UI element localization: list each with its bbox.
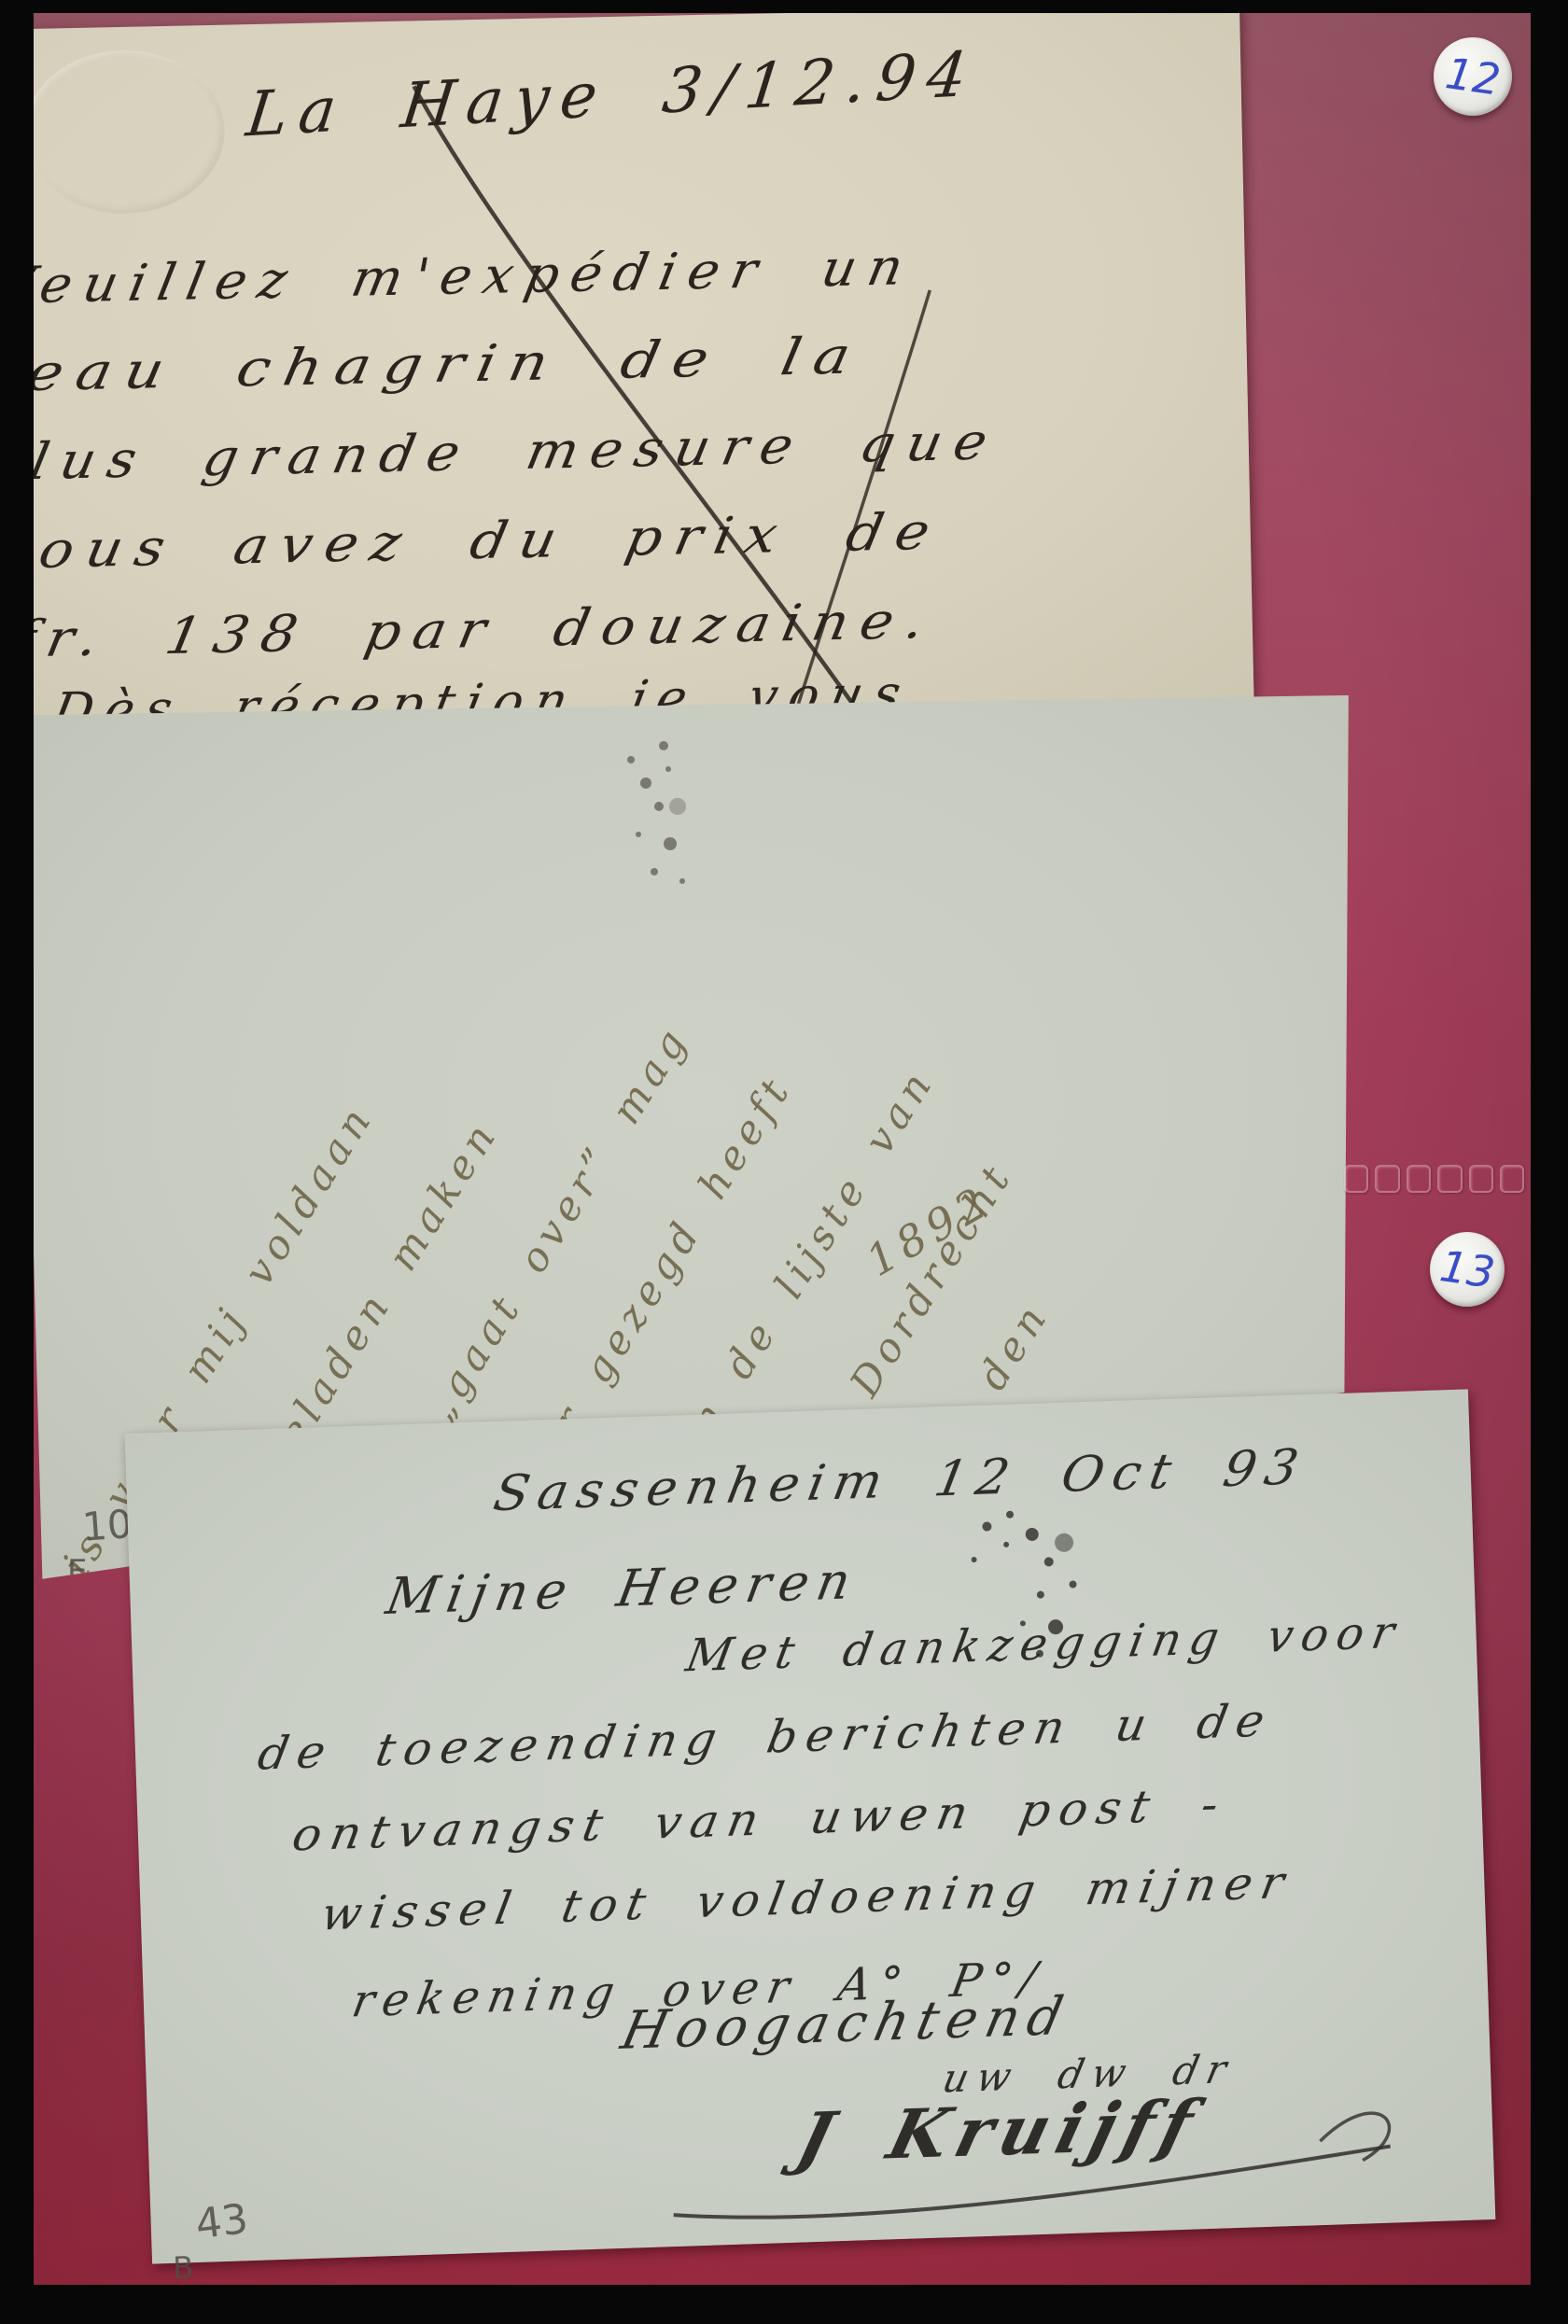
card-heading: Sassenheim 12 Oct 93 (489, 1439, 1311, 1522)
perforation-square (1437, 1165, 1462, 1193)
perforation-square (1469, 1165, 1493, 1193)
handwritten-line: Met dankzegging voor (682, 1606, 1407, 1683)
pencil-inventory-number: 43 (193, 2195, 251, 2248)
album-mat-pink-page: La Haye 3/12.94 Veuillez m'expédier un b… (34, 13, 1531, 2285)
perforation-square (1375, 1165, 1399, 1193)
handwritten-line: ontvangst van uwen post - (288, 1778, 1231, 1862)
handwritten-line: beau chagrin de la (34, 326, 869, 403)
signature: J Kruijff (790, 2084, 1210, 2177)
card-heading: La Haye 3/12.94 (243, 37, 982, 150)
handwritten-line: Veuillez m'expédier un (34, 237, 919, 315)
salutation: Mijne Heeren (382, 1551, 863, 1626)
handwritten-line: plus grande mesure que (34, 412, 1004, 492)
handwritten-line: de toezending berichten u de (254, 1694, 1277, 1780)
handwritten-line: wissel tot voldoening mijner (317, 1856, 1297, 1941)
perforation-square (1407, 1165, 1431, 1193)
sticker-12-label: 12 (1443, 51, 1503, 102)
handwritten-line: vous avez du prix de (34, 502, 947, 581)
embossed-seal (34, 49, 226, 216)
sticker-number-12: 12 (1434, 37, 1512, 116)
postcard-bottom-sassenheim: Sassenheim 12 Oct 93 Mijne Heeren Met da… (125, 1389, 1496, 2263)
postcard-top-french: La Haye 3/12.94 Veuillez m'expédier un b… (34, 13, 1254, 737)
album-hinge-perforation-strip (1344, 1165, 1531, 1193)
handwritten-line: fr. 138 par douzaine. (34, 591, 942, 669)
sticker-13-label: 13 (1437, 1244, 1497, 1295)
perforation-square (1344, 1165, 1368, 1193)
sticker-number-13: 13 (1430, 1232, 1505, 1307)
perforation-square (1500, 1165, 1524, 1193)
photo-of-album-page: La Haye 3/12.94 Veuillez m'expédier un b… (0, 0, 1568, 2324)
pencil-inventory-letter: E (67, 1553, 87, 1590)
pencil-inventory-letter: B (173, 2249, 194, 2285)
